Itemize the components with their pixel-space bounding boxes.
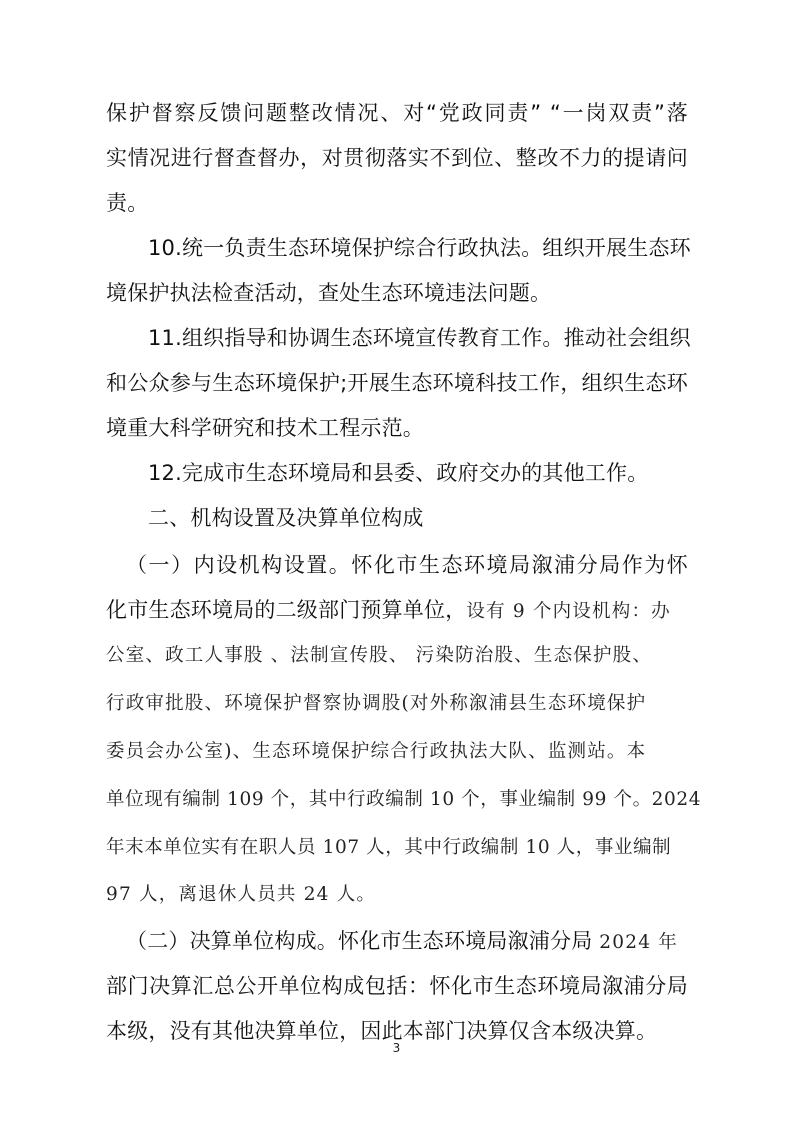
paragraph-line: 公室、政工人事股 、法制宣传股、 污染防治股、生态保护股、	[106, 643, 688, 669]
paragraph-line: 化市生态环境局的二级部门预算单位，设有 9 个内设机构：办	[106, 597, 688, 625]
paragraph-line: 实情况进行督查督办，对贯彻落实不到位、整改不力的提请问	[106, 145, 688, 171]
paragraph-line: 部门决算汇总公开单位构成包括：怀化市生态环境局溆浦分局	[106, 973, 688, 999]
paragraph-line: 境重大科学研究和技术工程示范。	[106, 415, 688, 441]
list-item-10: 10.统一负责生态环境保护综合行政执法。组织开展生态环	[148, 235, 688, 261]
paragraph-line: 97 人，离退休人员共 24 人。	[106, 882, 688, 908]
paragraph-line: 责。	[106, 190, 688, 216]
subsection-heading-2: （二）决算单位构成。怀化市生态环境局溆浦分局 2024 年	[126, 928, 688, 956]
text-run: 化市生态环境局的二级部门预算单位，	[106, 598, 466, 622]
paragraph-line: 委员会办公室)、生态环境保护综合行政执法大队、监测站。本	[106, 739, 688, 765]
list-item-11: 11.组织指导和协调生态环境宣传教育工作。推动社会组织	[148, 325, 688, 351]
paragraph-line: 单位现有编制 109 个，其中行政编制 10 个，事业编制 99 个。2024	[106, 787, 688, 813]
section-heading: 二、机构设置及决算单位构成	[148, 505, 688, 531]
paragraph-line: 和公众参与生态环境保护;开展生态环境科技工作，组织生态环	[106, 370, 688, 396]
text-run: 设有 9 个内设机构：办	[466, 601, 670, 622]
paragraph-line: 行政审批股、环境保护督察协调股(对外称溆浦县生态环境保护	[106, 691, 688, 717]
subsection-heading-1: （一）内设机构设置。怀化市生态环境局溆浦分局作为怀	[126, 552, 688, 578]
paragraph-line: 境保护执法检查活动，查处生态环境违法问题。	[106, 280, 688, 306]
paragraph-line: 年末本单位实有在职人员 107 人，其中行政编制 10 人，事业编制	[106, 835, 688, 861]
list-item-12: 12.完成市生态环境局和县委、政府交办的其他工作。	[148, 460, 688, 486]
document-page: 保护督察反馈问题整改情况、对“党政同责” “一岗双责”落 实情况进行督查督办，对…	[0, 0, 793, 1122]
page-number: 3	[0, 1041, 793, 1055]
text-run: 2024 年	[599, 932, 678, 953]
paragraph-line: 保护督察反馈问题整改情况、对“党政同责” “一岗双责”落	[106, 100, 688, 126]
text-run: （二）决算单位构成。怀化市生态环境局溆浦分局	[126, 929, 599, 953]
